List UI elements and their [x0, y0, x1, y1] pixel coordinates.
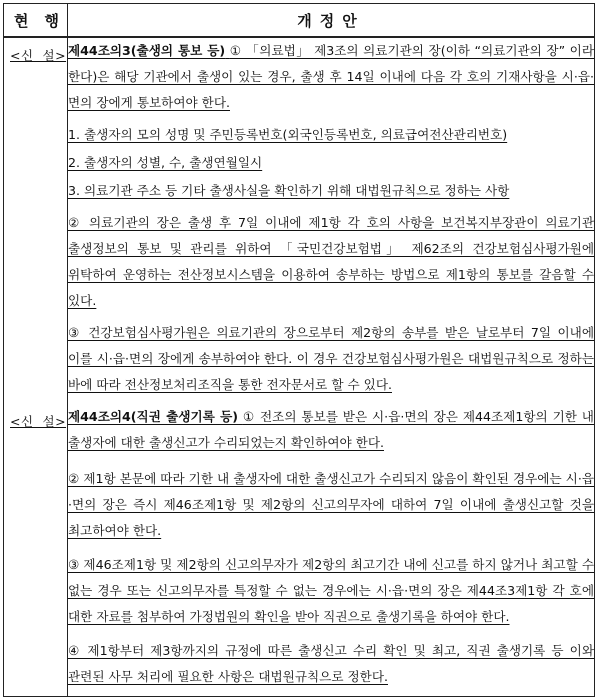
table-row: <신 설> 제44조의4(직권 출생기록 등) ① 전조의 통보를 받은 시·읍…: [4, 404, 595, 661]
list-item: 3. 의료기관 주소 등 기타 출생사실을 확인하기 위해 대법원규칙으로 정하…: [68, 178, 594, 204]
paragraph: ④ 제1항부터 제3항까지의 규정에 따른 출생신고 수리 확인 및 최고, 직…: [68, 638, 594, 661]
proposed-cell: 제44조의4(직권 출생기록 등) ① 전조의 통보를 받은 시·읍·면의 장은…: [68, 404, 595, 661]
header-current-char-2: 행: [45, 10, 60, 31]
list-item: 2. 출생자의 성별, 수, 출생연월일시: [68, 150, 594, 176]
header-proposed: 개정안: [68, 4, 595, 38]
amendment-comparison-table: 현 행 개정안 <신 설> 제44조의3(출생의 통보 등) ① 「의료법」 제…: [3, 3, 595, 661]
paragraph: ③ 건강보험심사평가원은 의료기관의 장으로부터 제2항의 송부를 받은 날로부…: [68, 320, 594, 398]
header-current-char-1: 현: [14, 10, 29, 31]
table-header-row: 현 행 개정안: [4, 4, 595, 38]
current-cell: <신 설>: [4, 37, 68, 404]
article-title: 제44조의3(출생의 통보 등): [68, 43, 225, 58]
proposed-cell: 제44조의3(출생의 통보 등) ① 「의료법」 제3조의 의료기관의 장(이하…: [68, 37, 595, 404]
header-proposed-label: 개정안: [297, 12, 364, 30]
paragraph-lead: 제44조의3(출생의 통보 등) ① 「의료법」 제3조의 의료기관의 장(이하…: [68, 38, 594, 116]
paragraph: ② 의료기관의 장은 출생 후 7일 이내에 제1항 각 호의 사항을 보건복지…: [68, 210, 594, 314]
paragraph: ③ 제46조제1항 및 제2항의 신고의무자가 제2항의 최고기간 내에 신고를…: [68, 552, 594, 630]
article-title: 제44조의4(직권 출생기록 등): [68, 409, 238, 424]
current-cell: <신 설>: [4, 404, 68, 661]
new-provision-label: <신 설>: [4, 404, 67, 430]
paragraph-lead: 제44조의4(직권 출생기록 등) ① 전조의 통보를 받은 시·읍·면의 장은…: [68, 404, 594, 456]
new-provision-label: <신 설>: [4, 38, 67, 64]
paragraph: ② 제1항 본문에 따라 기한 내 출생자에 대한 출생신고가 수리되지 않음이…: [68, 466, 594, 544]
table-row: <신 설> 제44조의3(출생의 통보 등) ① 「의료법」 제3조의 의료기관…: [4, 37, 595, 404]
header-current: 현 행: [4, 4, 68, 38]
list-item: 1. 출생자의 모의 성명 및 주민등록번호(외국인등록번호, 의료급여전산관리…: [68, 122, 594, 148]
